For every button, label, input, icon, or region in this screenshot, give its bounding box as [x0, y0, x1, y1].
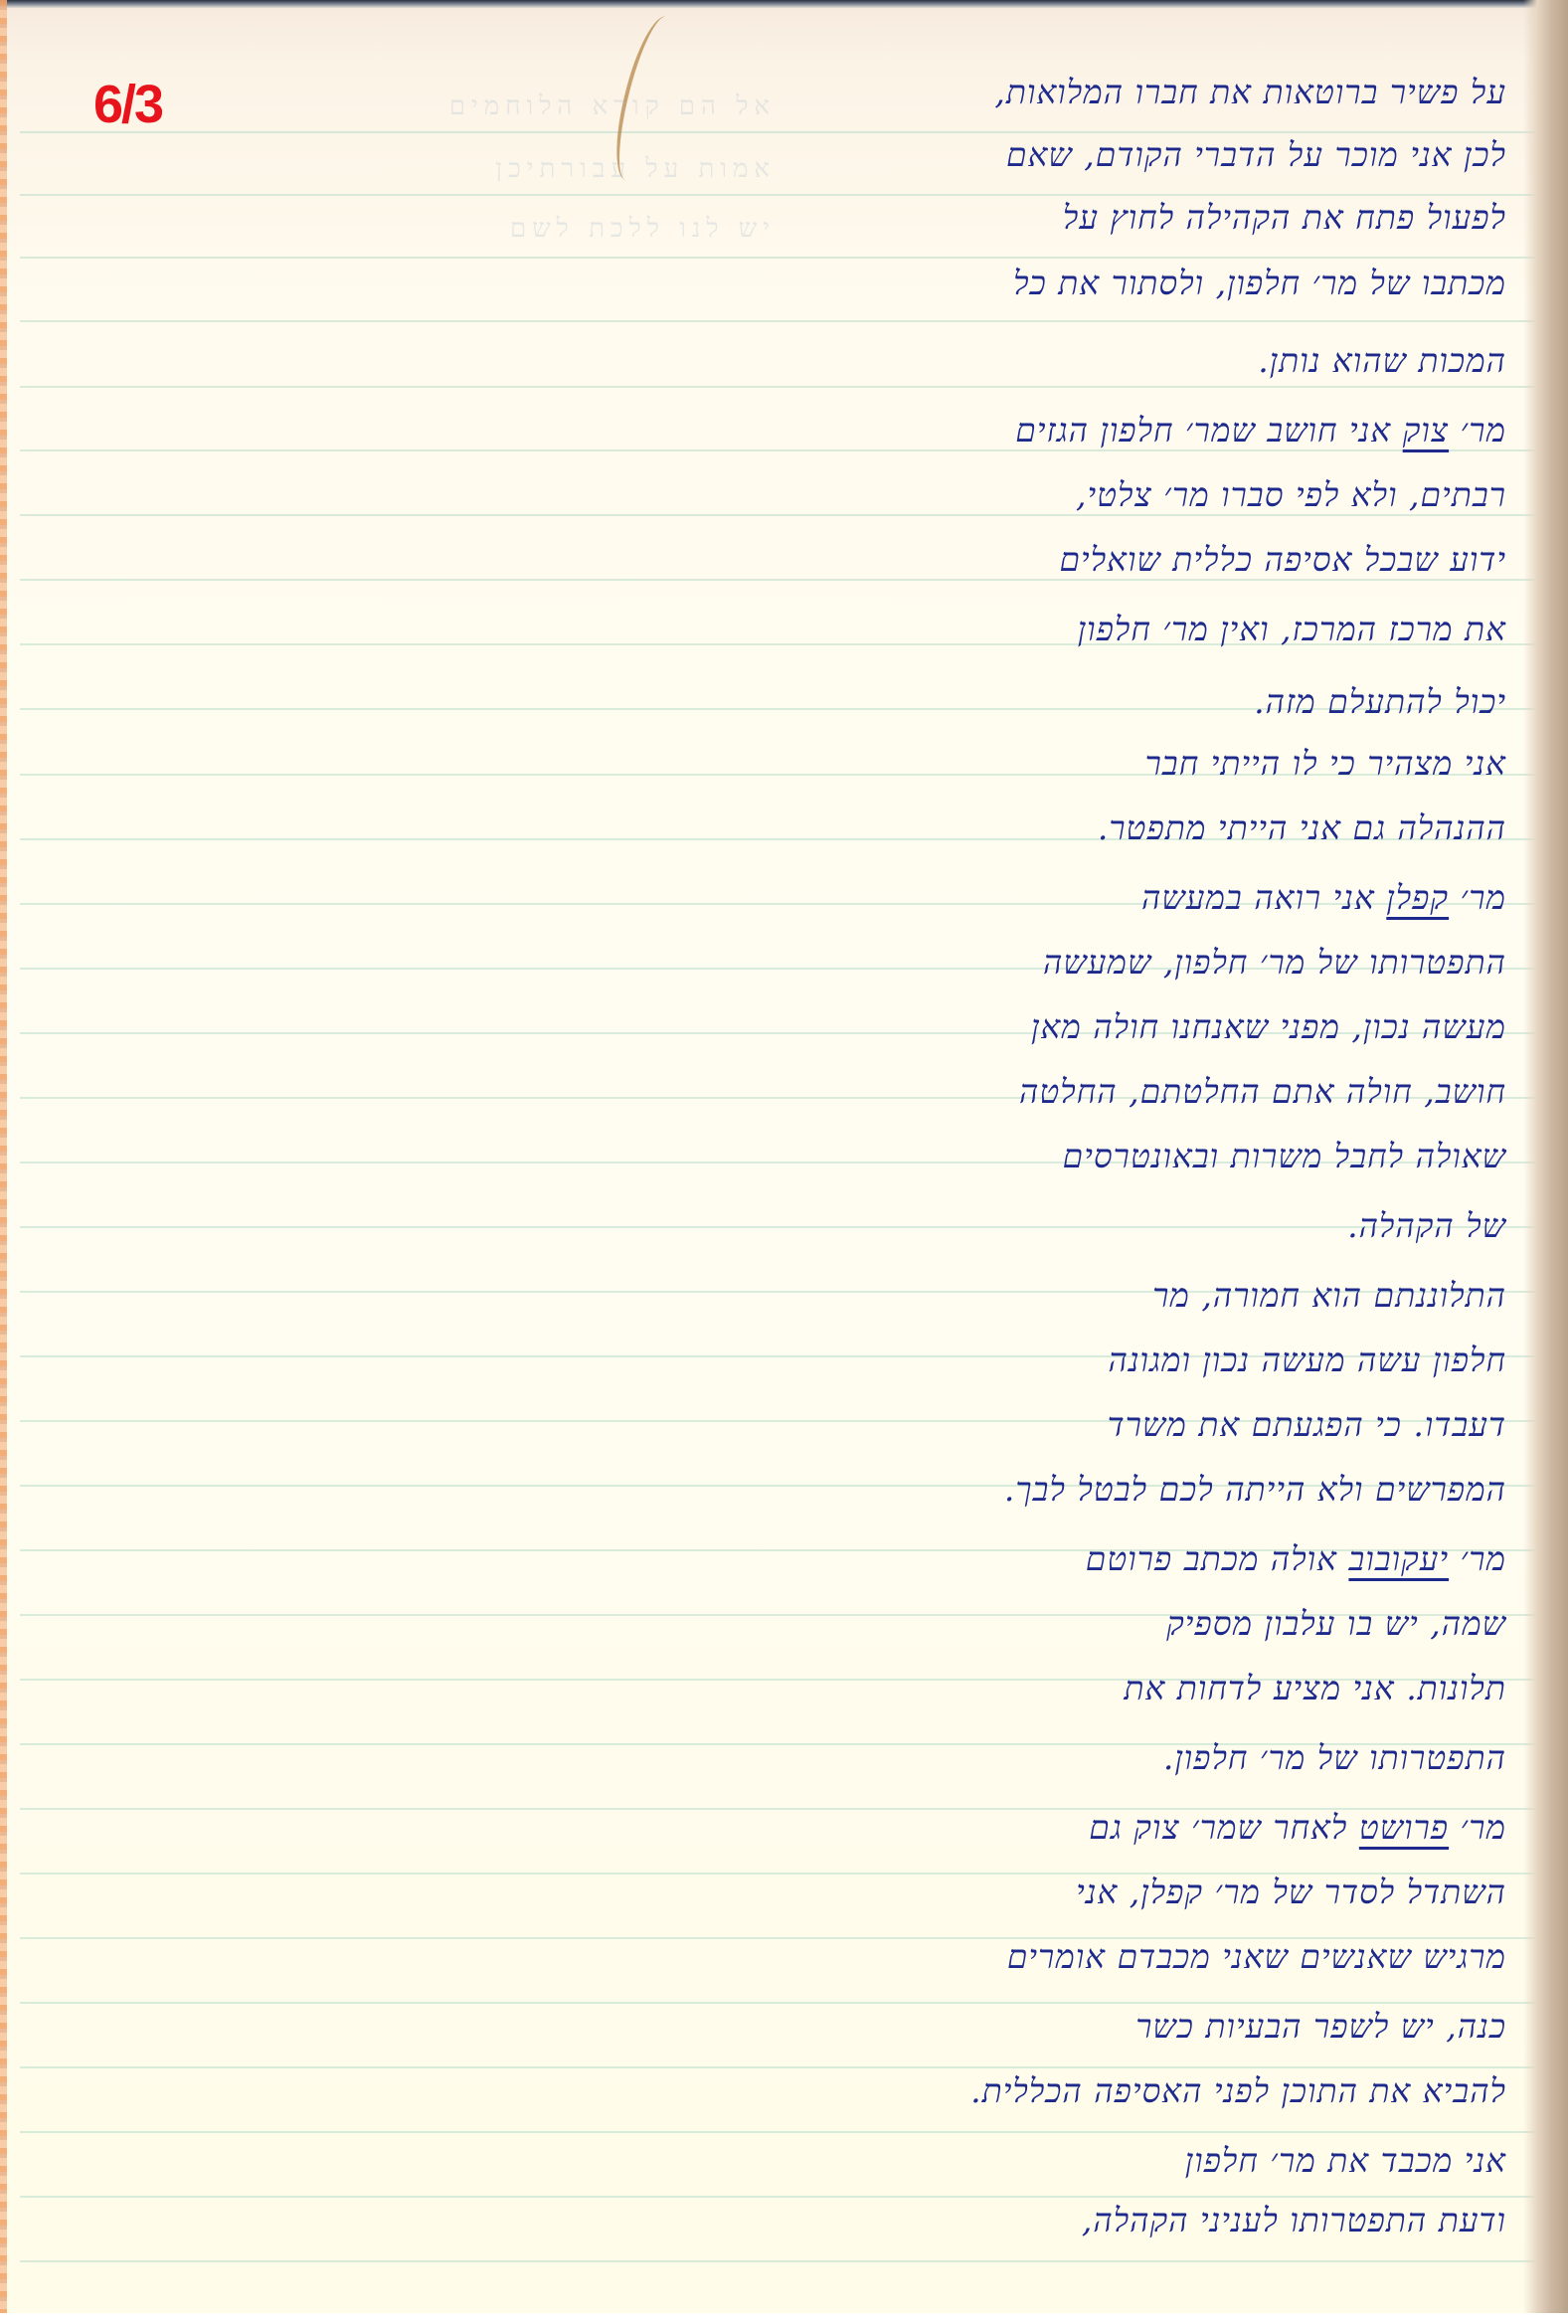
speaker-name: קפלן	[1386, 878, 1449, 917]
handwritten-line: יכול להתעלם מזה.	[790, 679, 1506, 725]
speaker-name: צוק	[1403, 411, 1449, 449]
speaker-line: מר׳ קפלן אני רואה במעשה	[790, 875, 1506, 921]
bleed-through-text: אל הם קורא הלוחמים	[60, 91, 776, 121]
handwritten-line: לפעול פתח את הקהילה לחוץ על	[790, 195, 1506, 241]
handwritten-line: תלונות. אני מציע לדחות את	[790, 1666, 1506, 1711]
ruled-line	[20, 386, 1551, 388]
page-number-label: 6/3	[93, 74, 162, 135]
binding-shadow	[1523, 0, 1568, 2313]
handwritten-line: אני מכבד את מר׳ חלפון	[790, 2138, 1506, 2184]
scan-bottom-margin	[0, 2313, 1568, 2324]
handwritten-line: להביא את התוכן לפני האסיפה הכללית.	[790, 2068, 1506, 2114]
handwritten-line: המכות שהוא נותן.	[790, 338, 1506, 384]
handwritten-line: שמה, יש בו עלבון מספיק	[790, 1601, 1506, 1647]
handwritten-line: מכתבו של מר׳ חלפון, ולסתור את כל	[790, 261, 1506, 306]
bleed-through-text: יש לנו ללכת לשם	[60, 214, 776, 244]
handwritten-line: מעשה נכון, מפני שאנחנו חולה מאן	[790, 1004, 1506, 1050]
ruled-line	[20, 257, 1551, 259]
handwritten-line: אני מצהיר כי לו הייתי חבר	[790, 741, 1506, 787]
handwritten-line: המפרשים ולא הייתה לכם לבטל לבך.	[790, 1467, 1506, 1513]
speaker-name: יעקובוב	[1348, 1539, 1449, 1578]
handwritten-line: השתדל לסדר של מר׳ קפלן, אני	[790, 1870, 1506, 1915]
handwritten-line: לכן אני מוכר על הדברי הקודם, שאם	[790, 132, 1506, 178]
handwritten-line: התלוננתם הוא חמורה, מר	[790, 1273, 1506, 1319]
ruled-line	[20, 2131, 1551, 2133]
handwritten-line: על פשיר ברוטאות את חברו המלואות,	[790, 70, 1506, 115]
page-left-edge	[0, 0, 7, 2313]
notebook-page: אל הם קורא הלוחמים אמות על עבורתיכן יש ל…	[0, 0, 1568, 2313]
ruled-line	[20, 320, 1551, 322]
handwritten-line: התפטרותו של מר׳ חלפון, שמעשה	[790, 940, 1506, 985]
ruled-line	[20, 2260, 1551, 2262]
handwritten-line: כנה, יש לשפר הבעיות כשר	[790, 2004, 1506, 2050]
handwritten-line: שאולה לחבל משרות ובאונטרסים	[790, 1134, 1506, 1179]
speaker-line: מר׳ צוק אני חושב שמר׳ חלפון הגזים	[790, 408, 1506, 453]
handwritten-line: דעבדו. כי הפגעתם את משרד	[790, 1402, 1506, 1448]
handwritten-line: חלפון עשה מעשה נכון ומגונה	[790, 1338, 1506, 1383]
handwritten-line: את מרכז המרכז, ואין מר׳ חלפון	[790, 607, 1506, 652]
handwritten-line: ההנהלה גם אני הייתי מתפטר.	[790, 805, 1506, 851]
bleed-through-text: אמות על עבורתיכן	[60, 154, 776, 184]
speaker-line: מר׳ פרושט לאחר שמר׳ צוק גם	[790, 1805, 1506, 1851]
handwritten-line: מרגיש שאנשים שאני מכבדם אומרים	[790, 1934, 1506, 1980]
scan-top-edge	[0, 0, 1568, 8]
handwritten-line: חושב, חולה אתם החלטתם, החלטה	[790, 1069, 1506, 1115]
handwritten-line: של הקהלה.	[790, 1203, 1506, 1249]
handwritten-line: ידוע שבכל אסיפה כללית שואלים	[790, 537, 1506, 583]
handwritten-line: רבתים, ולא לפי סברו מר׳ צלטי,	[790, 472, 1506, 518]
handwritten-line: ודעת התפטרותו לעניני הקהלה,	[790, 2198, 1506, 2243]
handwritten-line: התפטרותו של מר׳ חלפון.	[790, 1735, 1506, 1781]
speaker-name: פרושט	[1359, 1808, 1449, 1847]
speaker-line: מר׳ יעקובוב אולה מכתב פרוטם	[790, 1536, 1506, 1582]
